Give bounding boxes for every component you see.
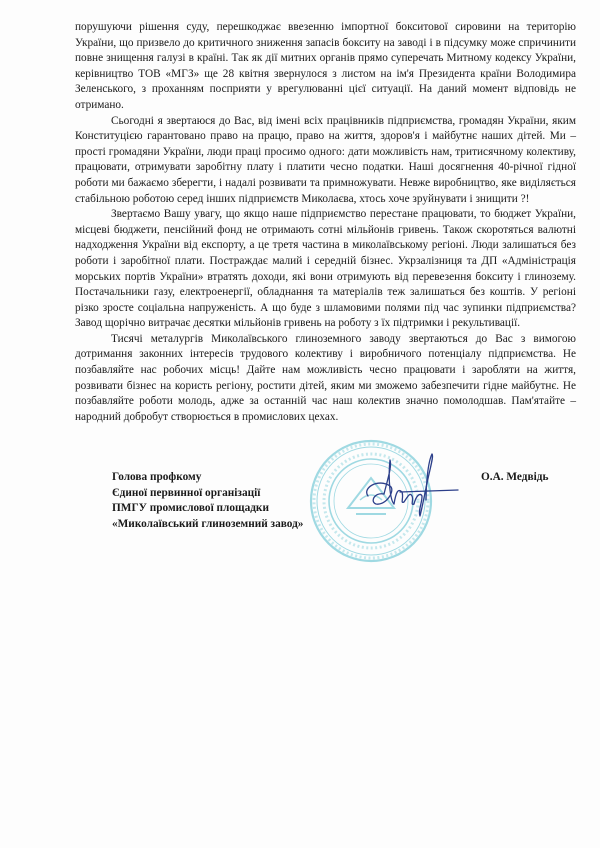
signatory-title-line-4: «Миколаївський глиноземний завод» (112, 517, 303, 533)
handwritten-signature-icon (360, 448, 460, 528)
paragraph-4: Тисячі металургів Миколаївського глинозе… (75, 332, 576, 426)
paragraph-1: порушуючи рішення суду, перешкоджає ввез… (75, 20, 576, 114)
signatory-name: О.А. Медвідь (481, 470, 548, 486)
signatory-title-block: Голова профкому Єдиної первинної організ… (112, 470, 303, 532)
paragraph-2: Сьогодні я звертаюся до Вас, від імені в… (75, 114, 576, 208)
signatory-title-line-2: Єдиної первинної організації (112, 486, 303, 502)
paragraph-3: Звертаємо Вашу увагу, що якщо наше підпр… (75, 207, 576, 332)
letter-body: порушуючи рішення суду, перешкоджає ввез… (75, 20, 576, 425)
document-page: порушуючи рішення суду, перешкоджає ввез… (0, 0, 600, 848)
signatory-title-line-3: ПМГУ промислової площадки (112, 501, 303, 517)
signatory-title-line-1: Голова профкому (112, 470, 303, 486)
